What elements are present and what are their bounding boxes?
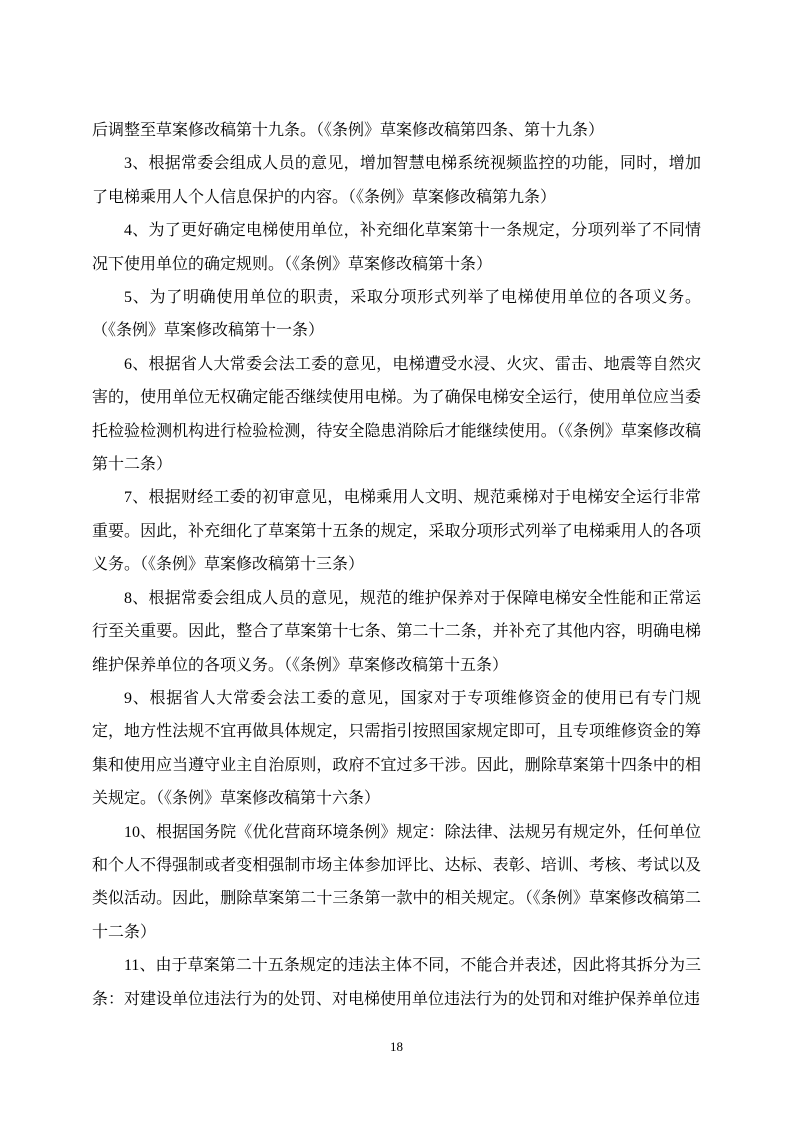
paragraph-item-5: 5、为了明确使用单位的职责，采取分项形式列举了电梯使用单位的各项义务。（《条例》… xyxy=(92,281,701,348)
paragraph-item-9: 9、根据省人大常委会法工委的意见，国家对于专项维修资金的使用已有专门规定，地方性… xyxy=(92,682,701,816)
page-number: 18 xyxy=(390,1039,403,1054)
page-footer: 18 xyxy=(0,1038,793,1056)
paragraph-item-8: 8、根据常委会组成人员的意见，规范的维护保养对于保障电梯安全性能和正常运行至关重… xyxy=(92,582,701,682)
paragraph-item-6: 6、根据省人大常委会法工委的意见，电梯遭受水浸、火灾、雷击、地震等自然灾害的，使… xyxy=(92,348,701,482)
document-page: 后调整至草案修改稿第十九条。（《条例》草案修改稿第四条、第十九条） 3、根据常委… xyxy=(0,0,793,1122)
paragraph-item-3: 3、根据常委会组成人员的意见，增加智慧电梯系统视频监控的功能，同时，增加了电梯乘… xyxy=(92,147,701,214)
paragraph-item-10: 10、根据国务院《优化营商环境条例》规定：除法律、法规另有规定外，任何单位和个人… xyxy=(92,816,701,950)
paragraph-item-4: 4、为了更好确定电梯使用单位，补充细化草案第十一条规定，分项列举了不同情况下使用… xyxy=(92,214,701,281)
paragraph-item-7: 7、根据财经工委的初审意见，电梯乘用人文明、规范乘梯对于电梯安全运行非常重要。因… xyxy=(92,481,701,581)
document-body: 后调整至草案修改稿第十九条。（《条例》草案修改稿第四条、第十九条） 3、根据常委… xyxy=(92,114,701,1016)
paragraph-continued: 后调整至草案修改稿第十九条。（《条例》草案修改稿第四条、第十九条） xyxy=(92,114,701,147)
paragraph-item-11: 11、由于草案第二十五条规定的违法主体不同，不能合并表述，因此将其拆分为三条：对… xyxy=(92,949,701,1016)
